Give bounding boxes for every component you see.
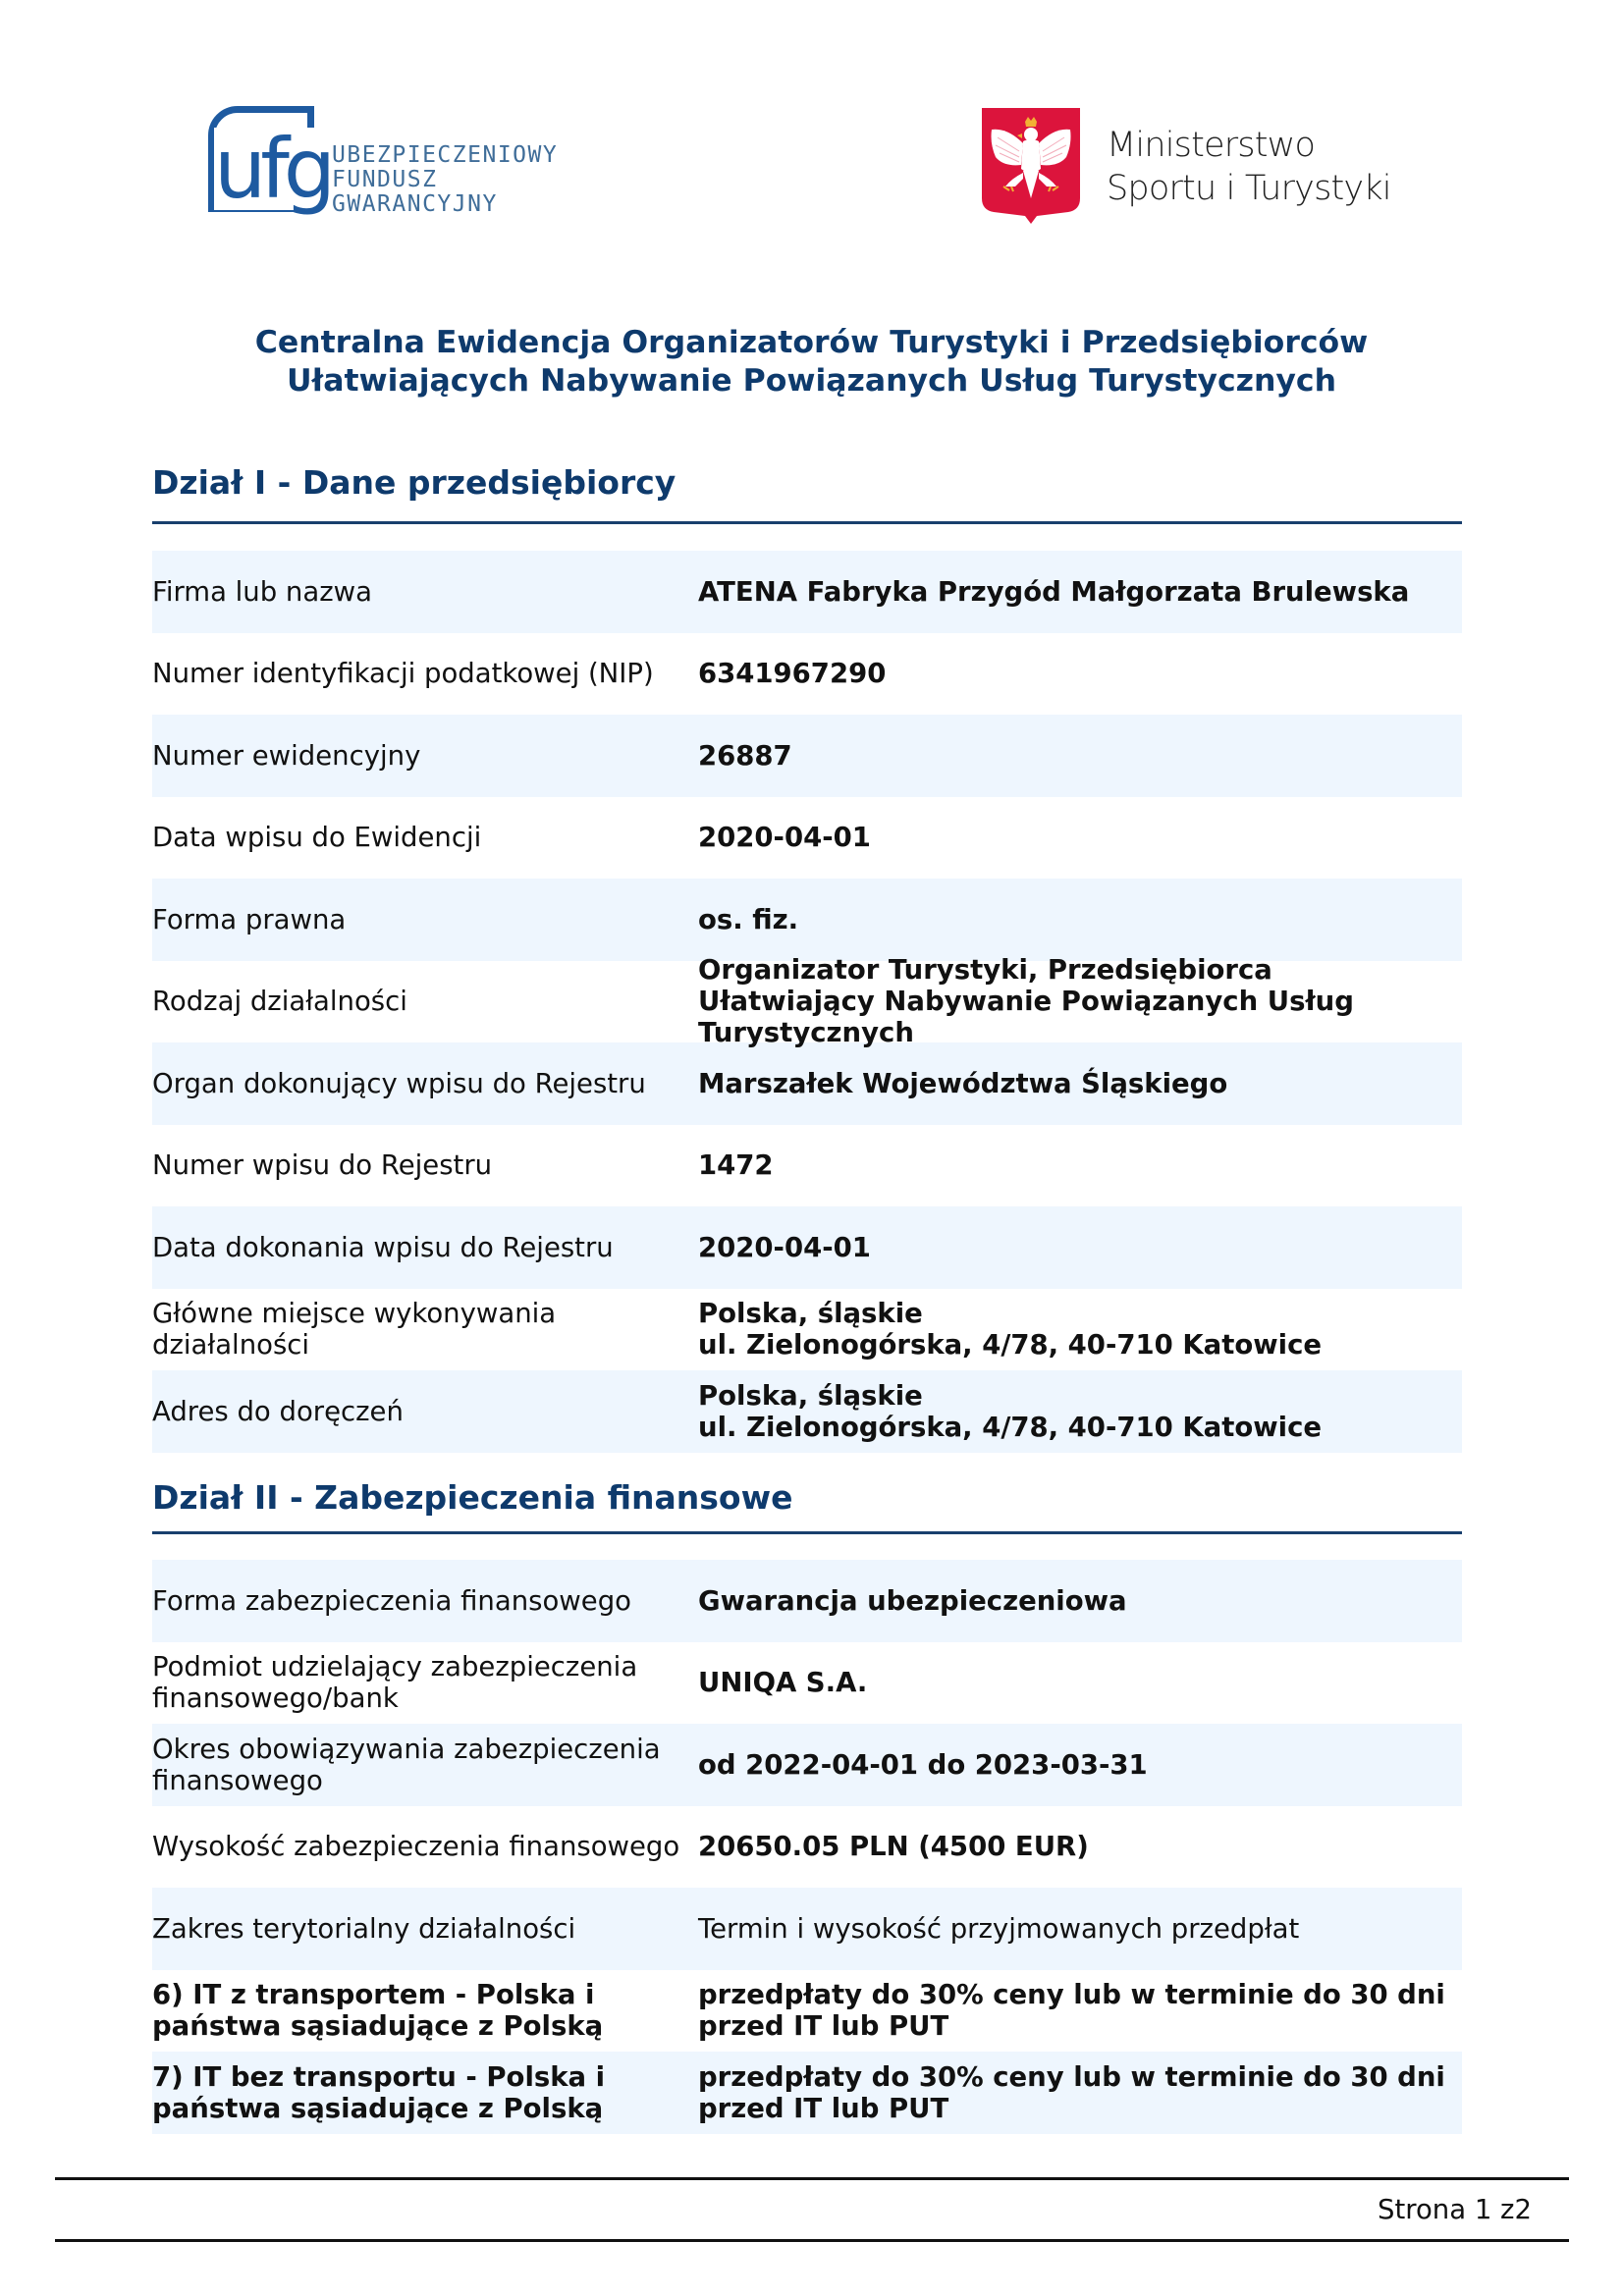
field-label: Adres do doręczeń: [152, 1396, 698, 1427]
table-row: Organ dokonujący wpisu do RejestruMarsza…: [152, 1042, 1462, 1125]
polish-eagle-icon: [982, 108, 1080, 224]
section-2-divider: [152, 1531, 1462, 1534]
table-row: Okres obowiązywania zabezpieczenia finan…: [152, 1724, 1462, 1806]
field-label: Numer identyfikacji podatkowej (NIP): [152, 658, 698, 689]
field-label: Wysokość zabezpieczenia finansowego: [152, 1831, 698, 1862]
table-row: Wysokość zabezpieczenia finansowego20650…: [152, 1806, 1462, 1889]
section-1-table: Firma lub nazwaATENA Fabryka Przygód Mał…: [152, 551, 1462, 1453]
field-label: Numer ewidencyjny: [152, 740, 698, 772]
column-header: Zakres terytorialny działalności: [152, 1913, 698, 1945]
ministry-logo-line: Sportu i Turystyki: [1107, 167, 1391, 210]
table-row: 7) IT bez transportu - Polska i państwa …: [152, 2052, 1462, 2134]
field-value: Marszałek Województwa Śląskiego: [698, 1068, 1462, 1099]
field-value: UNIQA S.A.: [698, 1667, 1462, 1698]
field-value: 1472: [698, 1149, 1462, 1181]
table-row: Data wpisu do Ewidencji2020-04-01: [152, 797, 1462, 880]
field-value: od 2022-04-01 do 2023-03-31: [698, 1749, 1462, 1781]
ufg-logo-line: UBEZPIECZENIOWY: [332, 143, 558, 168]
footer-top-rule: [55, 2177, 1569, 2180]
field-label: Główne miejsce wykonywania działalności: [152, 1298, 698, 1361]
field-label: Firma lub nazwa: [152, 576, 698, 608]
field-label: 7) IT bez transportu - Polska i państwa …: [152, 2061, 698, 2124]
field-label: Numer wpisu do Rejestru: [152, 1149, 698, 1181]
field-value: Gwarancja ubezpieczeniowa: [698, 1585, 1462, 1617]
field-value: 2020-04-01: [698, 1232, 1462, 1263]
footer-bottom-rule: [55, 2239, 1569, 2242]
field-label: Podmiot udzielający zabezpieczenia finan…: [152, 1651, 698, 1714]
section-2-heading: Dział II - Zabezpieczenia finansowe: [152, 1478, 792, 1518]
table-row: Firma lub nazwaATENA Fabryka Przygód Mał…: [152, 551, 1462, 633]
field-label: Organ dokonujący wpisu do Rejestru: [152, 1068, 698, 1099]
field-label: Rodzaj działalności: [152, 986, 698, 1017]
document-title-line: Ułatwiających Nabywanie Powiązanych Usłu…: [0, 362, 1623, 400]
field-value: Organizator Turystyki, Przedsiębiorca Uł…: [698, 954, 1462, 1048]
field-label: 6) IT z transportem - Polska i państwa s…: [152, 1979, 698, 2042]
column-header: Termin i wysokość przyjmowanych przedpła…: [698, 1913, 1462, 1945]
page-number: Strona 1 z2: [1378, 2193, 1532, 2226]
document-title: Centralna Ewidencja Organizatorów Turyst…: [0, 324, 1623, 400]
field-value: 20650.05 PLN (4500 EUR): [698, 1831, 1462, 1862]
ministry-logo-text: Ministerstwo Sportu i Turystyki: [1107, 124, 1391, 210]
field-value: 26887: [698, 740, 1462, 772]
section-2-table: Forma zabezpieczenia finansowegoGwarancj…: [152, 1560, 1462, 2134]
ufg-logo-line: GWARANCYJNY: [332, 192, 558, 217]
ufg-logo-line: FUNDUSZ: [332, 168, 558, 192]
table-row: Numer ewidencyjny26887: [152, 715, 1462, 797]
table-row: Data dokonania wpisu do Rejestru2020-04-…: [152, 1206, 1462, 1289]
ministry-logo: Ministerstwo Sportu i Turystyki: [982, 106, 1394, 229]
table-row: Podmiot udzielający zabezpieczenia finan…: [152, 1642, 1462, 1725]
ufg-logo-mark: ufg: [214, 128, 332, 210]
ministry-logo-line: Ministerstwo: [1107, 124, 1391, 167]
field-value: 2020-04-01: [698, 822, 1462, 853]
territory-header-row: Zakres terytorialny działalnościTermin i…: [152, 1888, 1462, 1970]
ufg-logo: ufg UBEZPIECZENIOWY FUNDUSZ GWARANCYJNY: [208, 106, 571, 222]
field-value: os. fiz.: [698, 904, 1462, 935]
field-label: Data dokonania wpisu do Rejestru: [152, 1232, 698, 1263]
field-value: Polska, śląskie ul. Zielonogórska, 4/78,…: [698, 1298, 1462, 1361]
table-row: Forma prawnaos. fiz.: [152, 879, 1462, 961]
field-value: Polska, śląskie ul. Zielonogórska, 4/78,…: [698, 1380, 1462, 1443]
field-value: przedpłaty do 30% ceny lub w terminie do…: [698, 1979, 1462, 2042]
ufg-logo-text: UBEZPIECZENIOWY FUNDUSZ GWARANCYJNY: [332, 143, 558, 217]
table-row: Główne miejsce wykonywania działalnościP…: [152, 1289, 1462, 1371]
table-row: Numer wpisu do Rejestru1472: [152, 1125, 1462, 1207]
table-row: Forma zabezpieczenia finansowegoGwarancj…: [152, 1560, 1462, 1642]
table-row: 6) IT z transportem - Polska i państwa s…: [152, 1970, 1462, 2053]
section-1-heading: Dział I - Dane przedsiębiorcy: [152, 463, 676, 503]
field-value: ATENA Fabryka Przygód Małgorzata Brulews…: [698, 576, 1462, 608]
field-value: 6341967290: [698, 658, 1462, 689]
field-label: Forma zabezpieczenia finansowego: [152, 1585, 698, 1617]
table-row: Numer identyfikacji podatkowej (NIP)6341…: [152, 633, 1462, 716]
section-1-divider: [152, 521, 1462, 524]
table-row: Adres do doręczeńPolska, śląskie ul. Zie…: [152, 1370, 1462, 1453]
document-title-line: Centralna Ewidencja Organizatorów Turyst…: [0, 324, 1623, 362]
field-label: Data wpisu do Ewidencji: [152, 822, 698, 853]
field-label: Forma prawna: [152, 904, 698, 935]
table-row: Rodzaj działalnościOrganizator Turystyki…: [152, 961, 1462, 1043]
field-label: Okres obowiązywania zabezpieczenia finan…: [152, 1734, 698, 1796]
field-value: przedpłaty do 30% ceny lub w terminie do…: [698, 2061, 1462, 2124]
